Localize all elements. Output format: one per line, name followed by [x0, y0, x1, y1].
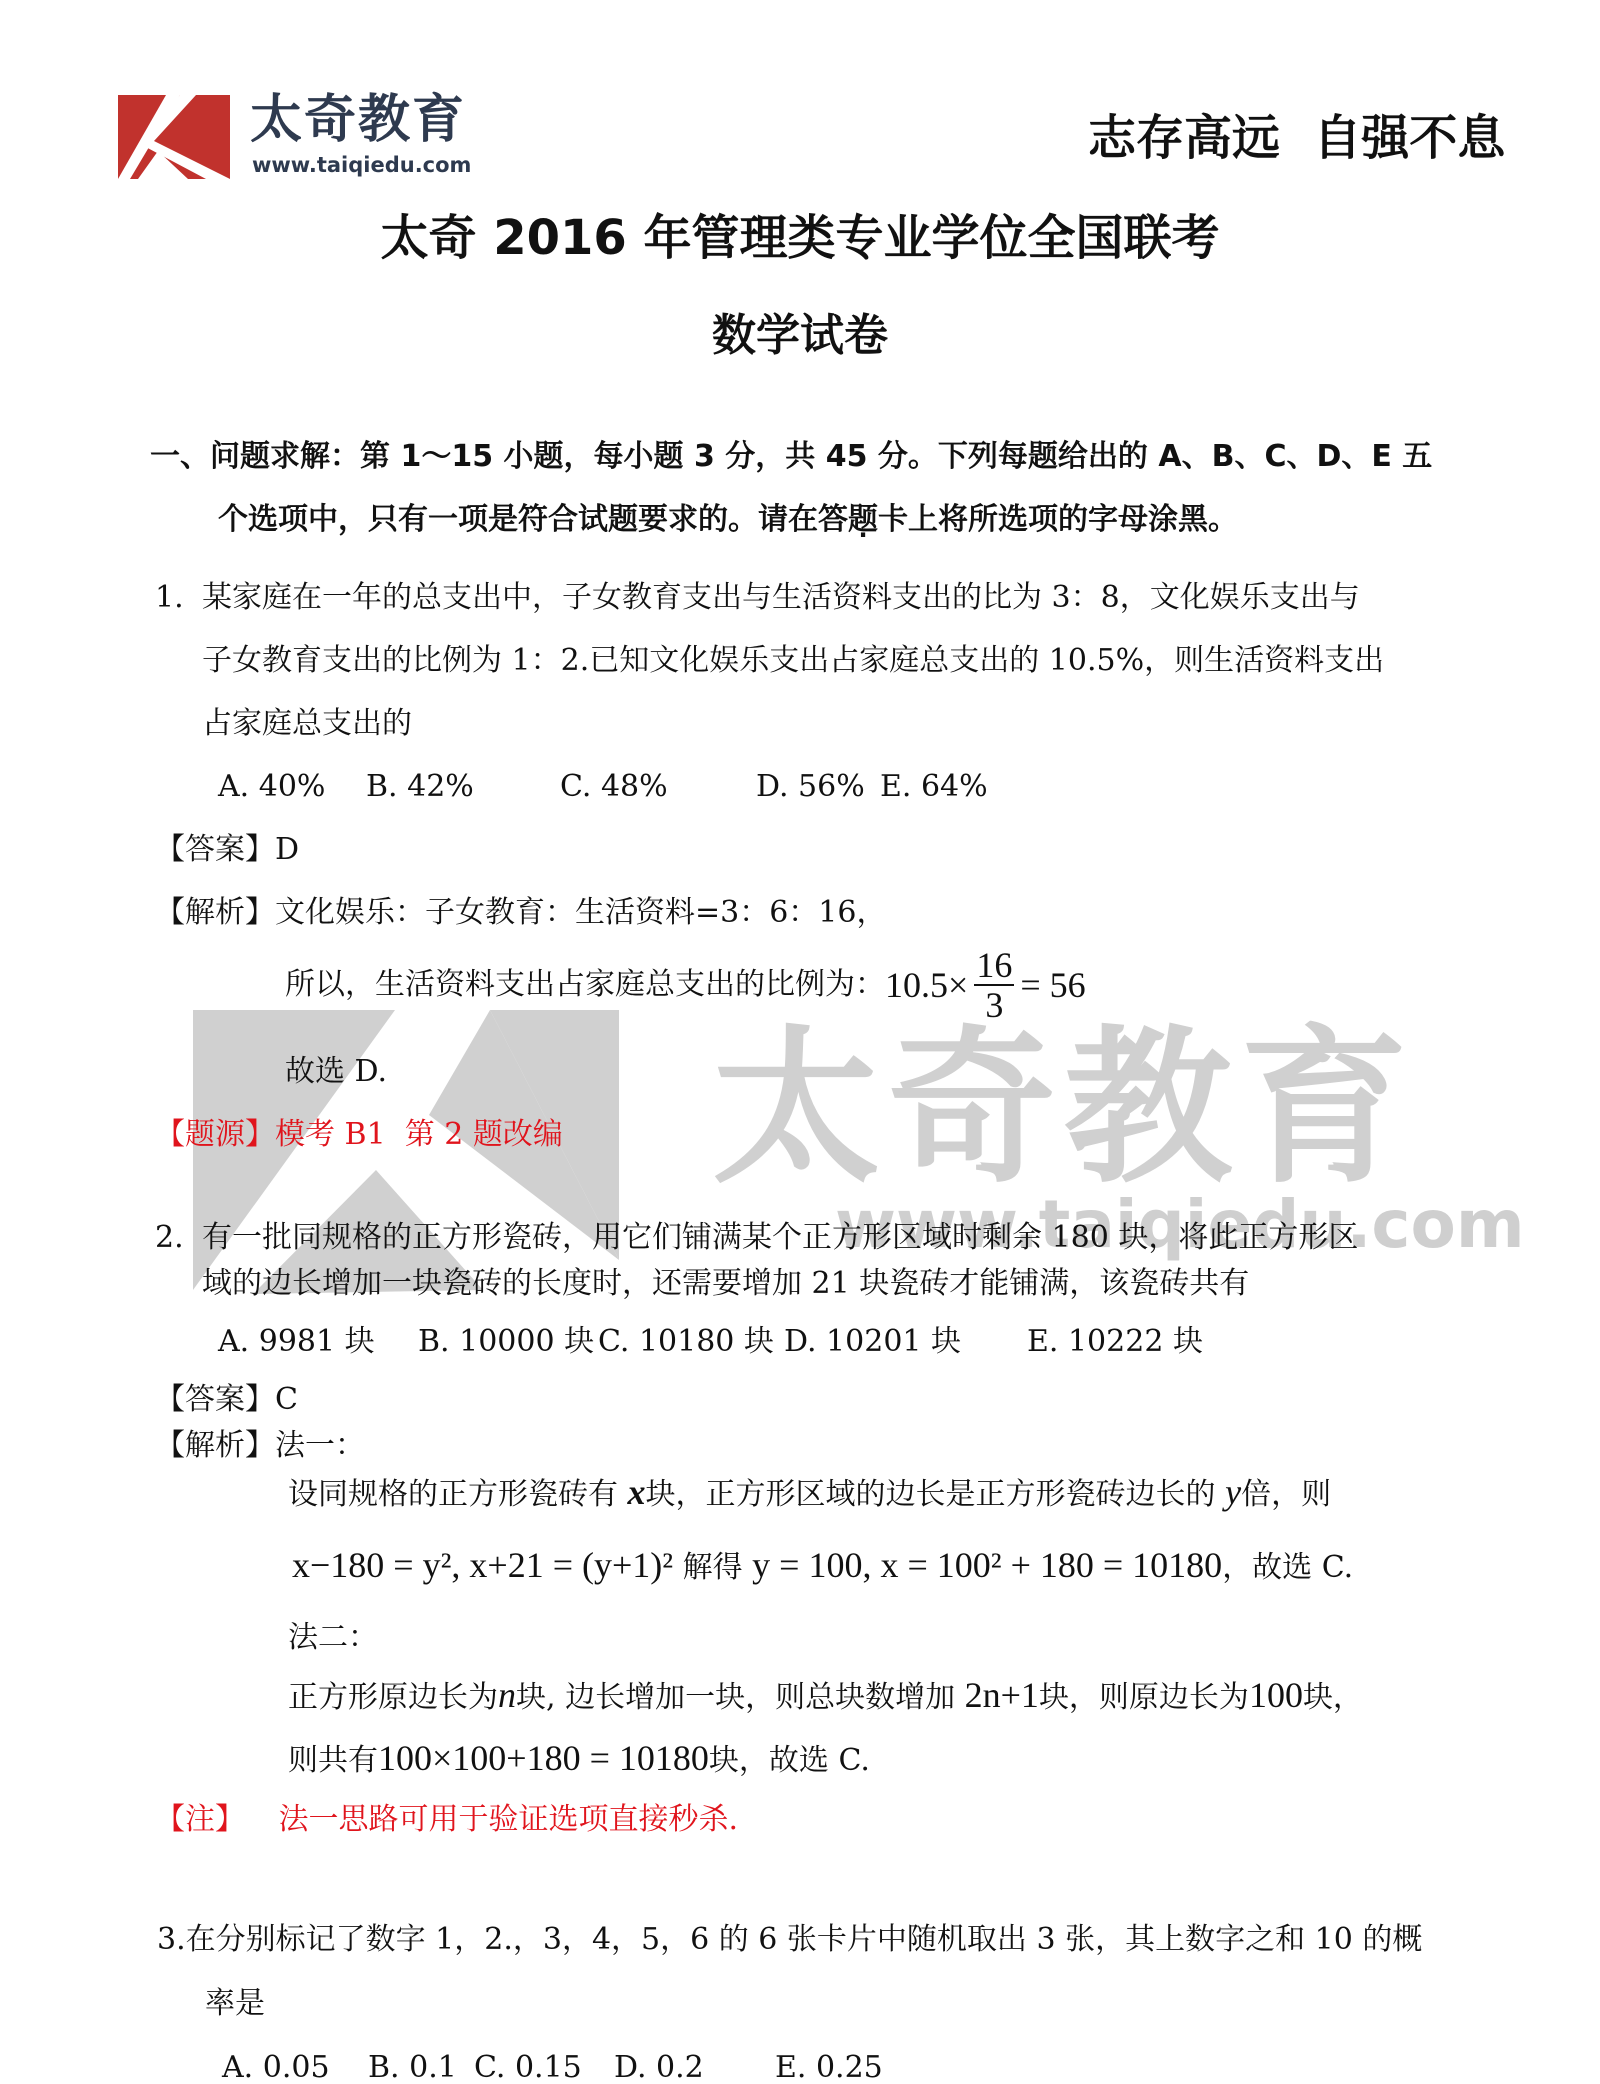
method-2-label: 法二：	[288, 1618, 378, 1658]
answer-value: C	[275, 1382, 298, 1417]
watermark-name: 太奇教育	[712, 1018, 1416, 1198]
question-number: 1.	[155, 578, 184, 618]
source-label: 【题源】	[155, 1117, 275, 1152]
conclusion: 故选 D.	[285, 1052, 387, 1092]
answer-row: 【答案】C	[155, 1380, 298, 1420]
question-stem-line: 有一批同规格的正方形瓷砖，用它们铺满某个正方形区域时剩余 180 块，将此正方形…	[202, 1218, 1358, 1258]
source-text: 模考 B1 第 2 题改编	[275, 1117, 563, 1152]
equation-1: x−180 = y², x+21 = (y+1)²	[292, 1545, 673, 1585]
option-c: C. 0.15	[474, 2048, 582, 2084]
note-label: 【注】	[155, 1802, 245, 1837]
question-stem-line: 某家庭在一年的总支出中，子女教育支出与生活资料支出的比为 3：8，文化娱乐支出与	[202, 578, 1360, 618]
analysis-row: 【解析】法一：	[155, 1426, 365, 1466]
answer-label: 【答案】	[155, 1382, 275, 1417]
method-1-line-1: 设同规格的正方形瓷砖有 x块，正方形区域的边长是正方形瓷砖边长的 y倍，则	[288, 1472, 1331, 1515]
option-a: A. 9981 块	[218, 1322, 375, 1362]
analysis-label: 【解析】	[155, 895, 275, 930]
section-line-2: 个选项中，只有一项是符合试题要求的。请在答题卡上将所选项的字母涂黑。	[218, 500, 1238, 540]
question-stem-line: 率是	[205, 1984, 265, 2024]
option-d: D. 10201 块	[784, 1322, 961, 1362]
logo-url: www.taiqiedu.com	[252, 153, 471, 177]
equation-2: y = 100, x = 100² + 180 = 10180	[752, 1545, 1222, 1585]
option-b: B. 42%	[366, 767, 474, 807]
method-2-line-2: 则共有100×100+180 = 10180块，故选 C.	[288, 1738, 870, 1781]
fraction: 16 3	[974, 946, 1014, 1024]
header: 太奇教育 www.taiqiedu.com 志存高远 自强不息	[0, 0, 1600, 200]
option-d: D. 0.2	[614, 2048, 704, 2084]
question-stem-line: 占家庭总支出的	[202, 704, 412, 744]
analysis-formula-row: 所以，生活资料支出占家庭总支出的比例为： 10.5× 16 3 = 56	[285, 940, 1086, 1030]
method-1-line-2: x−180 = y², x+21 = (y+1)² 解得 y = 100, x …	[292, 1545, 1353, 1588]
answer-label: 【答案】	[155, 832, 275, 867]
section-line-1: 一、问题求解：第 1～15 小题，每小题 3 分，共 45 分。下列每题给出的 …	[150, 437, 1432, 477]
option-b: B. 0.1	[368, 2048, 457, 2084]
question-number: 3.	[157, 1922, 186, 1957]
method-1-label: 法一：	[275, 1428, 365, 1463]
option-b: B. 10000 块	[418, 1322, 594, 1362]
option-e: E. 10222 块	[1027, 1322, 1203, 1362]
logo	[118, 95, 230, 183]
method-2-line-1: 正方形原边长为n块, 边长增加一块，则总块数增加 2n+1块，则原边长为100块…	[288, 1675, 1363, 1718]
option-c: C. 48%	[560, 767, 668, 807]
emphasis-answer-card: 答题卡	[818, 502, 908, 537]
logo-name: 太奇教育	[250, 92, 466, 148]
slogan: 志存高远 自强不息	[1088, 110, 1505, 166]
question-stem-line: 子女教育支出的比例为 1：2.已知文化娱乐支出占家庭总支出的 10.5%，则生活…	[202, 641, 1384, 681]
option-d: D. 56%	[756, 767, 865, 807]
answer-row: 【答案】D	[155, 830, 299, 870]
page-subtitle: 数学试卷	[0, 306, 1600, 366]
formula-left: 10.5×	[885, 965, 968, 1005]
formula-right: = 56	[1020, 965, 1085, 1005]
question-number: 2.	[155, 1218, 184, 1258]
option-a: A. 40%	[218, 767, 325, 807]
analysis-label: 【解析】	[155, 1428, 275, 1463]
question-stem-line: 域的边长增加一块瓷砖的长度时，还需要增加 21 块瓷砖才能铺满，该瓷砖共有	[202, 1264, 1249, 1304]
option-a: A. 0.05	[222, 2048, 330, 2084]
note-text: 法一思路可用于验证选项直接秒杀.	[279, 1802, 739, 1837]
source-row: 【题源】模考 B1 第 2 题改编	[155, 1115, 563, 1155]
taiqi-k-logo-icon	[118, 95, 230, 179]
answer-value: D	[275, 832, 299, 867]
question-stem-line: 3.在分别标记了数字 1，2.，3，4，5，6 的 6 张卡片中随机取出 3 张…	[157, 1920, 1422, 1960]
page-title: 太奇 2016 年管理类专业学位全国联考	[0, 208, 1600, 268]
option-e: E. 0.25	[775, 2048, 883, 2084]
note-row: 【注】 法一思路可用于验证选项直接秒杀.	[155, 1800, 738, 1840]
option-e: E. 64%	[880, 767, 988, 807]
option-c: C. 10180 块	[598, 1322, 774, 1362]
analysis-row: 【解析】文化娱乐：子女教育：生活资料=3：6：16，	[155, 893, 886, 933]
